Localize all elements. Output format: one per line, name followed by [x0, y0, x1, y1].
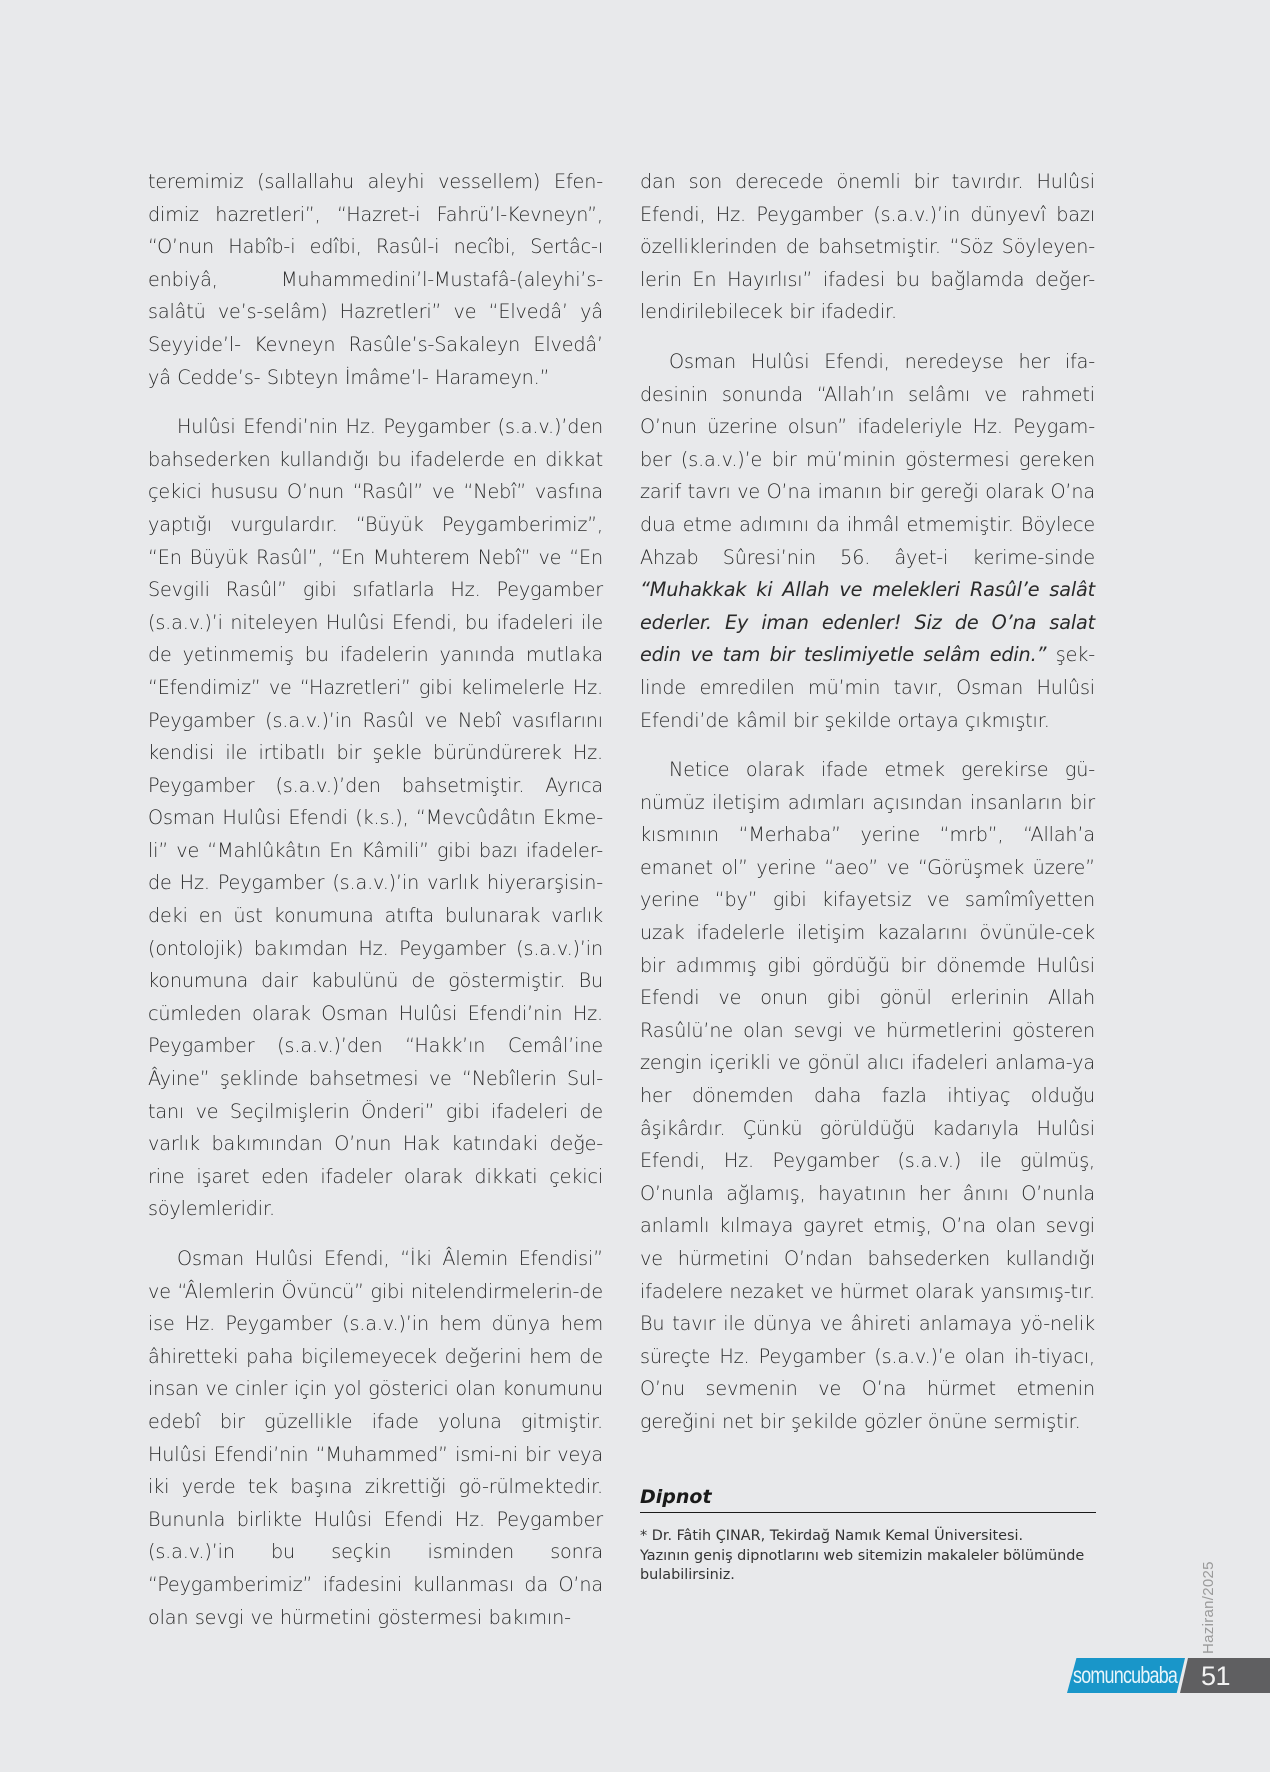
paragraph-with-quote: Osman Hulûsi Efendi, neredeyse her ifa-d… — [640, 346, 1095, 737]
article-left-column: teremimiz (sallallahu aleyhi vessellem) … — [148, 166, 603, 1651]
page-number: 51 — [1201, 1658, 1230, 1693]
footnote-body: * Dr. Fâtih ÇINAR, Tekirdağ Namık Kemal … — [640, 1527, 1096, 1586]
article-right-column: dan son derecede önemli bir tavırdır. Hu… — [640, 166, 1095, 1456]
quran-quote: “Muhakkak ki Allah ve melekleri Rasûl’e … — [640, 578, 1095, 666]
paragraph: Osman Hulûsi Efendi, “İki Âlemin Efendis… — [148, 1243, 603, 1634]
paragraph: dan son derecede önemli bir tavırdır. Hu… — [640, 166, 1095, 329]
footnote-title: Dipnot — [640, 1484, 1096, 1513]
footnote-note: Yazının geniş dipnotlarını web sitemizin… — [640, 1547, 1096, 1586]
brand-label: somuncubaba — [1067, 1658, 1185, 1693]
paragraph: Netice olarak ifade etmek gerekirse gü-n… — [640, 754, 1095, 1438]
paragraph: Hulûsi Efendi’nin Hz. Peygamber (s.a.v.)… — [148, 411, 603, 1226]
footnote-section: Dipnot * Dr. Fâtih ÇINAR, Tekirdağ Namık… — [640, 1484, 1096, 1586]
brand-name: somuncubaba — [1073, 1658, 1177, 1693]
issue-date: Haziran/2025 — [1200, 1554, 1218, 1654]
footnote-author: * Dr. Fâtih ÇINAR, Tekirdağ Namık Kemal … — [640, 1527, 1096, 1547]
paragraph: teremimiz (sallallahu aleyhi vessellem) … — [148, 166, 603, 394]
paragraph-text: Osman Hulûsi Efendi, neredeyse her ifa-d… — [640, 350, 1095, 569]
